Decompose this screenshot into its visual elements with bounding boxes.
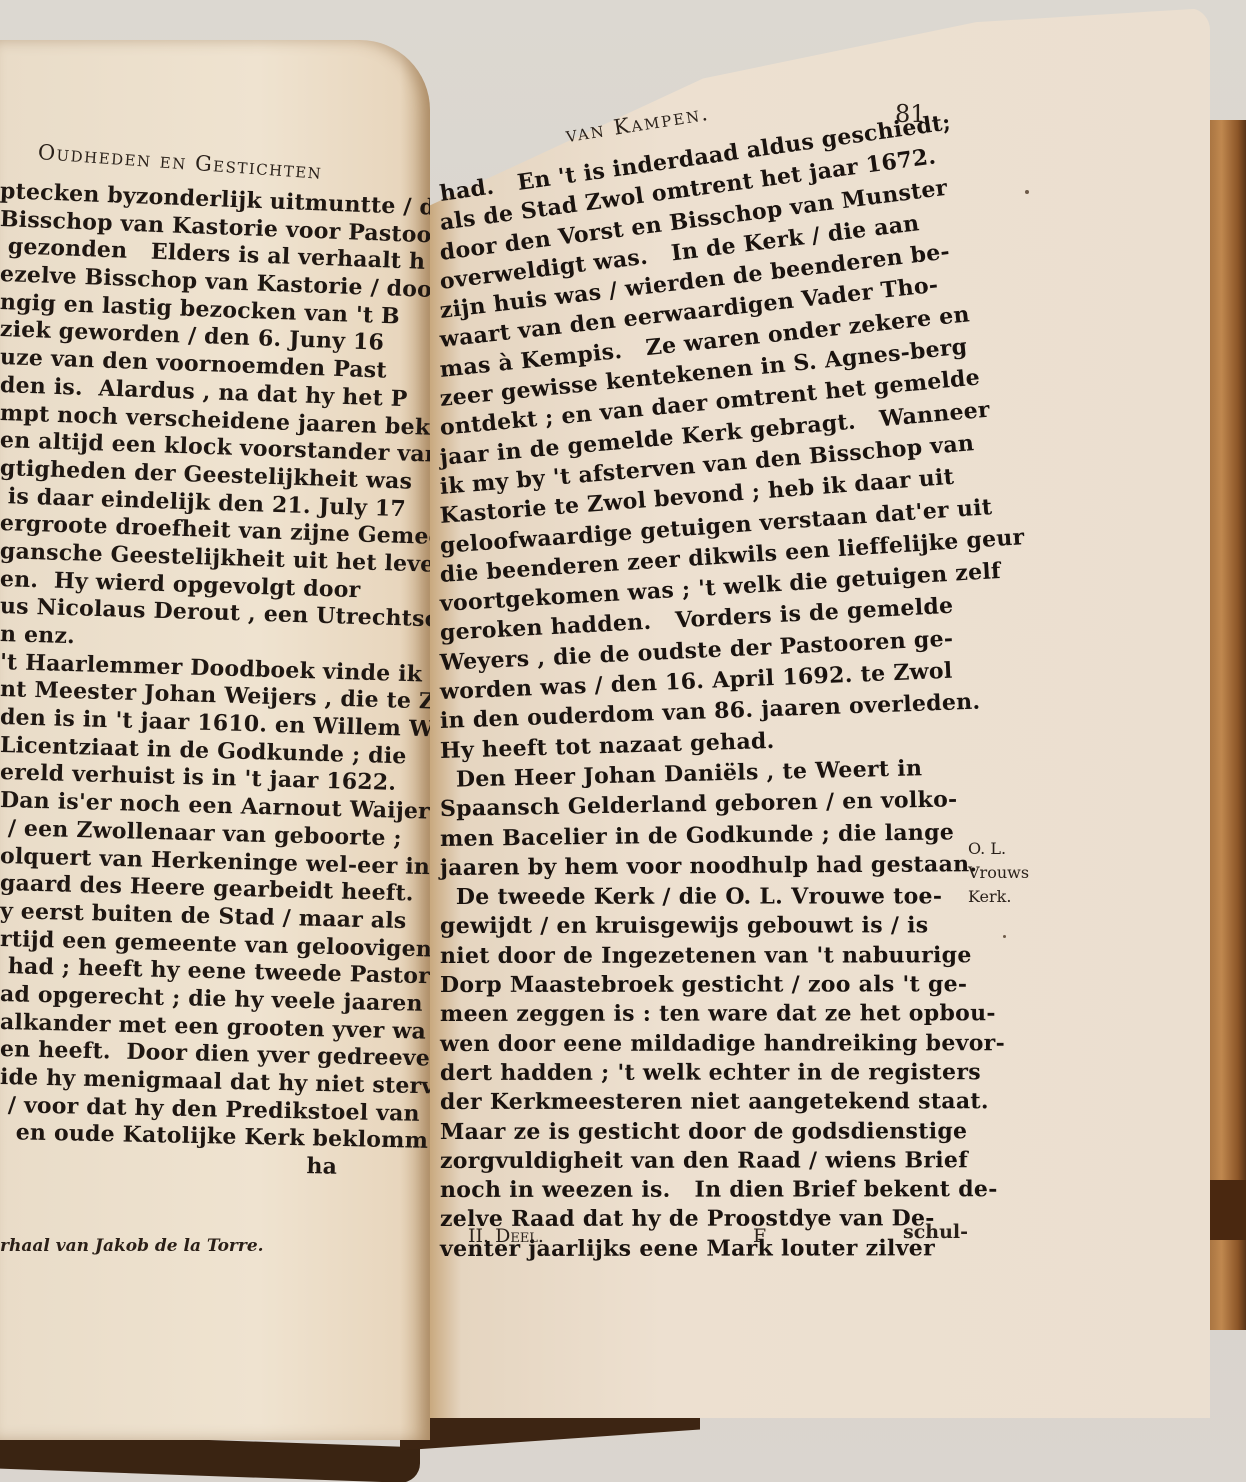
book-cover-edge — [1205, 120, 1246, 1330]
left-page-text: ptecken byzonderlijk uitmuntte / doBissc… — [0, 178, 430, 1175]
left-footnote: rhaal van Jakob de la Torre. — [0, 1236, 264, 1256]
signature-mark: F — [753, 1225, 766, 1247]
text-line: wen door eene mildadige handreiking bevo… — [440, 1029, 960, 1059]
text-line: meen zeggen is : ten ware dat ze het opb… — [440, 1000, 960, 1030]
right-page-text: had. En 't is inderdaad aldus geschiedt;… — [440, 180, 960, 1264]
marginal-note-line: Vrouws — [968, 861, 1029, 885]
cover-shadow — [1210, 1180, 1246, 1240]
text-line: niet door de Ingezetenen van 't nabuurig… — [440, 941, 960, 971]
text-line: gewijdt / en kruisgewijs gebouwt is / is — [440, 912, 960, 942]
marginal-note: O. L. Vrouws Kerk. — [968, 837, 1029, 909]
text-line: zorgvuldigheit van den Raad / wiens Brie… — [440, 1146, 960, 1176]
text-line: dert hadden ; 't welk echter in de regis… — [440, 1058, 960, 1088]
catchword: schul- — [903, 1221, 968, 1243]
text-line: noch in weezen is. In dien Brief bekent … — [440, 1175, 960, 1205]
text-line: De tweede Kerk / die O. L. Vrouwe toe- — [440, 882, 960, 912]
text-line: men Bacelier in de Godkunde ; die lange — [440, 818, 960, 854]
foxing-spot — [1025, 190, 1029, 194]
text-line: Maar ze is gesticht door de godsdienstig… — [440, 1117, 960, 1147]
text-line: der Kerkmeesteren niet aangetekend staat… — [440, 1087, 960, 1117]
volume-label: II. Deel. — [468, 1225, 544, 1247]
text-line: Dorp Maastebroek gesticht / zoo als 't g… — [440, 970, 960, 1000]
text-line: jaaren by hem voor noodhulp had gestaan. — [440, 850, 960, 883]
marginal-note-line: O. L. — [968, 837, 1029, 861]
foxing-spot — [1003, 935, 1006, 938]
marginal-note-line: Kerk. — [968, 885, 1029, 909]
